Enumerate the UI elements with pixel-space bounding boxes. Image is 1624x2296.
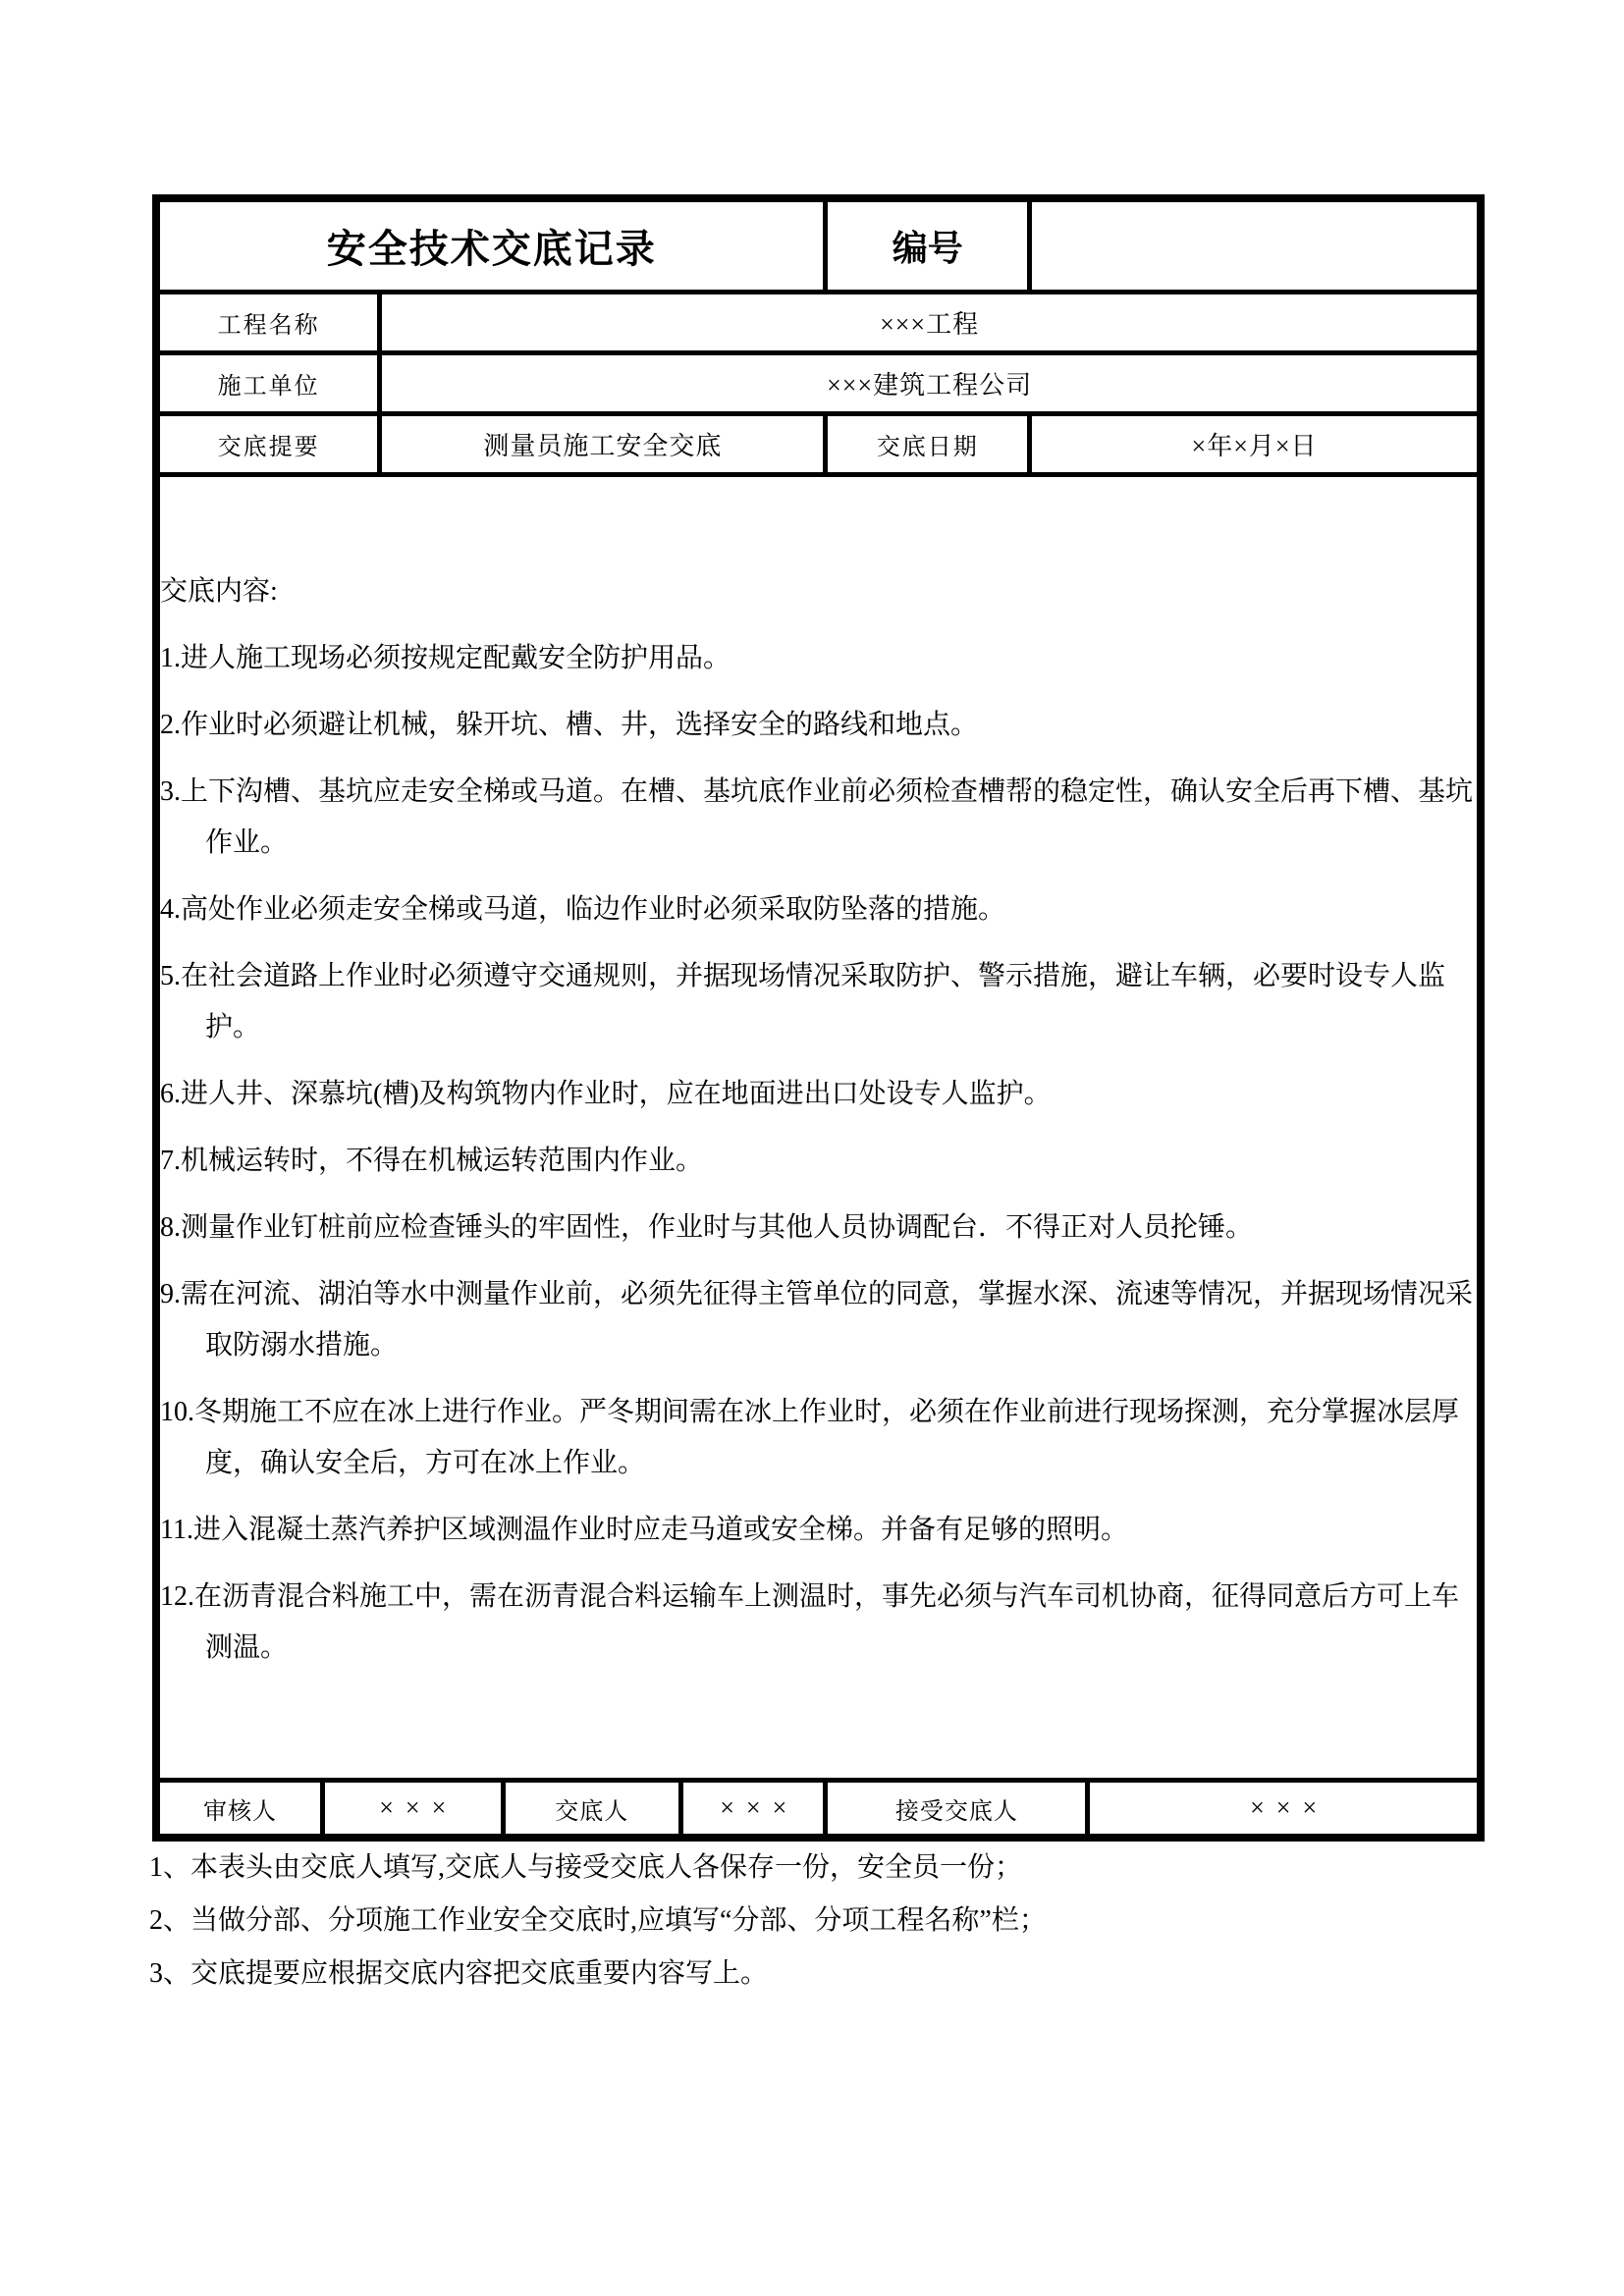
disclosure-item: 2.作业时必须避让机械，躲开坑、槽、井，选择安全的路线和地点。 [160, 700, 1477, 751]
footer-note: 1、本表头由交底人填写,交底人与接受交底人各保存一份，安全员一份； [149, 1842, 1485, 1894]
contractor-value: ×××建筑工程公司 [827, 371, 1032, 400]
disclosure-item: 11.进入混凝土蒸汽养护区域测温作业时应走马道或安全梯。并备有足够的照明。 [160, 1505, 1477, 1556]
disclosure-item: 9.需在河流、湖泊等水中测量作业前，必须先征得主管单位的同意，掌握水深、流速等情… [160, 1269, 1477, 1371]
disclosure-item: 1.进人施工现场必须按规定配戴安全防护用品。 [160, 633, 1477, 684]
discloser-label: 交底人 [555, 1799, 628, 1825]
reviewer-label: 审核人 [203, 1799, 277, 1825]
discloser-label-cell: 交底人 [503, 1781, 681, 1839]
receiver-label: 接受交底人 [895, 1799, 1018, 1825]
content-row: 交底内容: 1.进人施工现场必须按规定配戴安全防护用品。 2.作业时必须避让机械… [156, 475, 1481, 1781]
disclosure-item: 4.高处作业必须走安全梯或马道，临边作业时必须采取防坠落的措施。 [160, 884, 1477, 935]
form-title: 安全技术交底记录 [327, 227, 657, 271]
receiver-value-cell: ××× [1088, 1781, 1481, 1839]
summary-value: 测量员施工安全交底 [483, 432, 722, 460]
date-value-cell: ×年×月×日 [1030, 414, 1481, 475]
disclosure-item: 3.上下沟槽、基坑应走安全梯或马道。在槽、基坑底作业前必须检查槽帮的稳定性，确认… [160, 767, 1477, 869]
date-label: 交底日期 [877, 435, 979, 460]
date-value: ×年×月×日 [1192, 432, 1318, 460]
date-label-cell: 交底日期 [826, 414, 1030, 475]
footer-note: 2、当做分部、分项施工作业安全交底时,应填写“分部、分项工程名称”栏； [149, 1896, 1485, 1947]
discloser-value-cell: ××× [681, 1781, 826, 1839]
safety-disclosure-form: 安全技术交底记录 编号 工程名称 ×××工程 施工单位 ×××建筑工程公司 [152, 194, 1485, 1842]
receiver-label-cell: 接受交底人 [826, 1781, 1088, 1839]
contractor-label: 施工单位 [218, 374, 320, 400]
footer-note: 3、交底提要应根据交底内容把交底重要内容写上。 [149, 1949, 1485, 2000]
number-label: 编号 [893, 229, 963, 268]
project-name-row: 工程名称 ×××工程 [156, 293, 1481, 353]
form-title-cell: 安全技术交底记录 [156, 198, 826, 293]
project-name-value: ×××工程 [880, 310, 979, 339]
project-name-label: 工程名称 [218, 313, 320, 339]
summary-row: 交底提要 测量员施工安全交底 交底日期 ×年×月×日 [156, 414, 1481, 475]
form-title-row: 安全技术交底记录 编号 [156, 198, 1481, 293]
discloser-value: ××× [720, 1793, 798, 1823]
disclosure-item: 6.进人井、深慕坑(槽)及构筑物内作业时，应在地面进出口处设专人监护。 [160, 1069, 1477, 1120]
disclosure-item: 8.测量作业钉桩前应检查锤头的牢固性，作业时与其他人员协调配台．不得正对人员抡锤… [160, 1202, 1477, 1254]
summary-value-cell: 测量员施工安全交底 [380, 414, 826, 475]
disclosure-item: 10.冬期施工不应在冰上进行作业。严冬期间需在冰上作业时，必须在作业前进行现场探… [160, 1387, 1477, 1489]
reviewer-value-cell: ××× [323, 1781, 504, 1839]
disclosure-item: 12.在沥青混合料施工中，需在沥青混合料运输车上测温时，事先必须与汽车司机协商，… [160, 1572, 1477, 1674]
reviewer-label-cell: 审核人 [156, 1781, 323, 1839]
footer-notes: 1、本表头由交底人填写,交底人与接受交底人各保存一份，安全员一份； 2、当做分部… [149, 1842, 1485, 2002]
number-label-cell: 编号 [826, 198, 1030, 293]
contractor-row: 施工单位 ×××建筑工程公司 [156, 353, 1481, 414]
summary-label: 交底提要 [218, 435, 320, 460]
content-heading: 交底内容: [160, 566, 1477, 617]
disclosure-content-cell: 交底内容: 1.进人施工现场必须按规定配戴安全防护用品。 2.作业时必须避让机械… [156, 475, 1481, 1781]
number-value-cell [1030, 198, 1481, 293]
disclosure-item: 7.机械运转时，不得在机械运转范围内作业。 [160, 1136, 1477, 1187]
receiver-value: ××× [1250, 1793, 1328, 1823]
contractor-value-cell: ×××建筑工程公司 [380, 353, 1481, 414]
project-name-value-cell: ×××工程 [380, 293, 1481, 353]
disclosure-item: 5.在社会道路上作业时必须遵守交通规则，并据现场情况采取防护、警示措施，避让车辆… [160, 951, 1477, 1053]
signature-row: 审核人 ××× 交底人 ××× 接受交底人 ××× [156, 1781, 1481, 1839]
project-name-label-cell: 工程名称 [156, 293, 380, 353]
reviewer-value: ××× [379, 1793, 458, 1823]
summary-label-cell: 交底提要 [156, 414, 380, 475]
document-page: 安全技术交底记录 编号 工程名称 ×××工程 施工单位 ×××建筑工程公司 [0, 0, 1624, 2296]
contractor-label-cell: 施工单位 [156, 353, 380, 414]
